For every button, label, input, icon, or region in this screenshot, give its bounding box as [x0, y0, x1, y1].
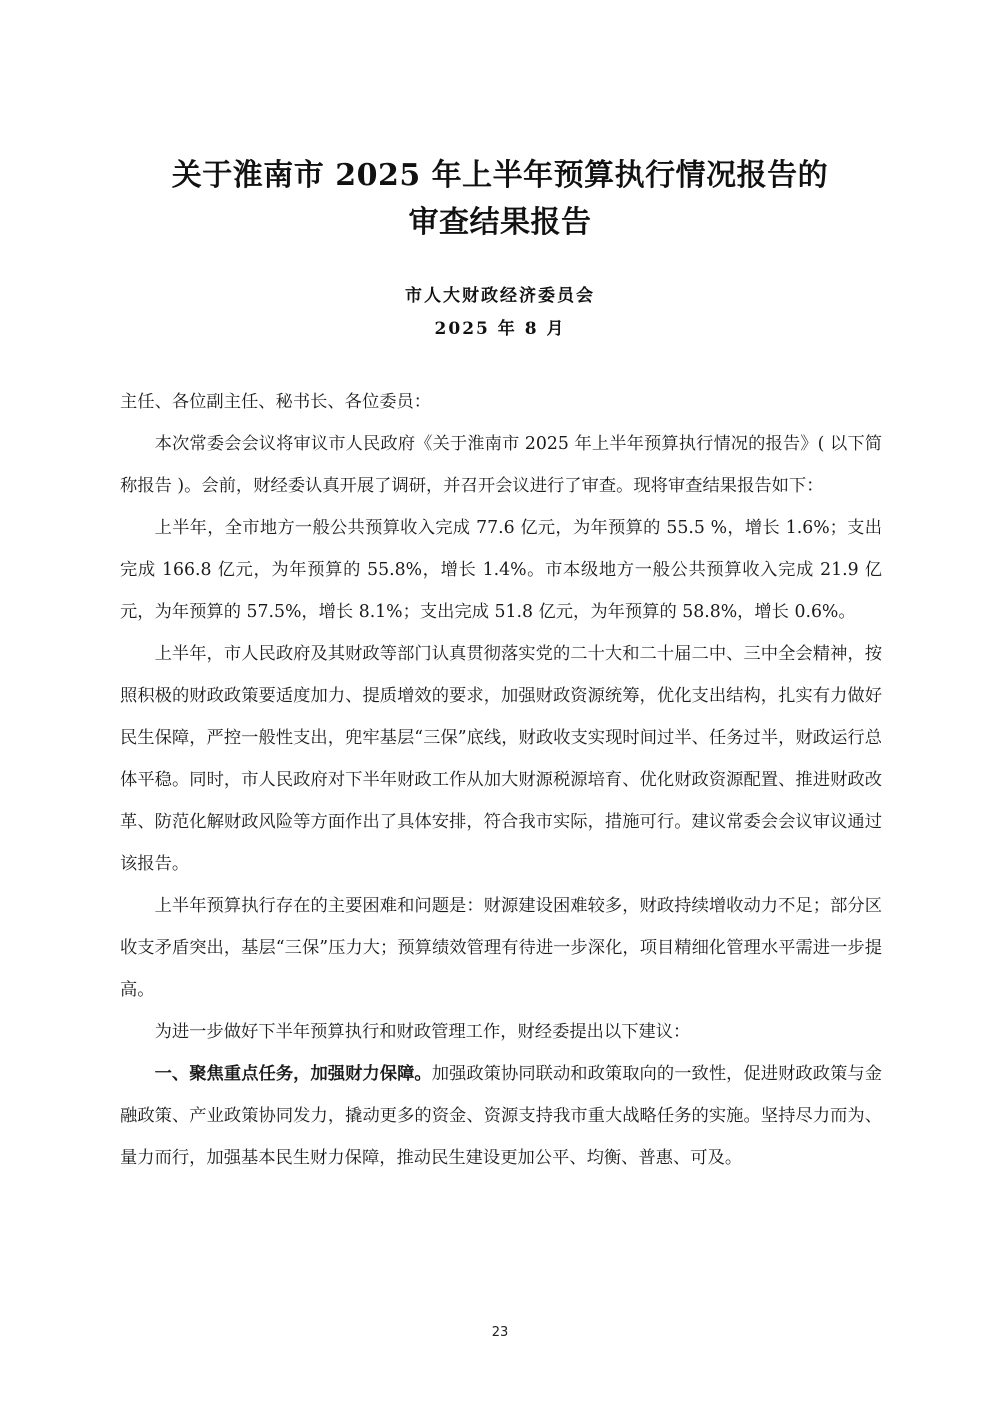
paragraph-intro: 本次常委会会议将审议市人民政府《关于淮南市 2025 年上半年预算执行情况的报告… [120, 423, 882, 507]
document-title-line2: 审查结果报告 [0, 197, 1000, 241]
recommendation-1: 一、聚焦重点任务，加强财力保障。加强政策协同联动和政策取向的一致性，促进财政政策… [120, 1053, 882, 1179]
document-author: 市人大财政经济委员会 [0, 281, 1000, 306]
document-date: 2025 年 8 月 [0, 314, 1000, 339]
paragraph-budget-figures: 上半年，全市地方一般公共预算收入完成 77.6 亿元，为年预算的 55.5 %，… [120, 507, 882, 633]
paragraph-problems: 上半年预算执行存在的主要困难和问题是：财源建设困难较多，财政持续增收动力不足；部… [120, 885, 882, 1011]
recommendation-1-heading: 一、聚焦重点任务，加强财力保障。 [155, 1064, 432, 1084]
paragraph-assessment: 上半年，市人民政府及其财政等部门认真贯彻落实党的二十大和二十届二中、三中全会精神… [120, 633, 882, 885]
salutation: 主任、各位副主任、秘书长、各位委员： [120, 381, 882, 423]
page-number: 23 [0, 1325, 1000, 1340]
document-body: 主任、各位副主任、秘书长、各位委员： 本次常委会会议将审议市人民政府《关于淮南市… [120, 381, 882, 1179]
document-title-line1: 关于淮南市 2025 年上半年预算执行情况报告的 [0, 150, 1000, 194]
paragraph-recommendation-intro: 为进一步做好下半年预算执行和财政管理工作，财经委提出以下建议： [120, 1011, 882, 1053]
